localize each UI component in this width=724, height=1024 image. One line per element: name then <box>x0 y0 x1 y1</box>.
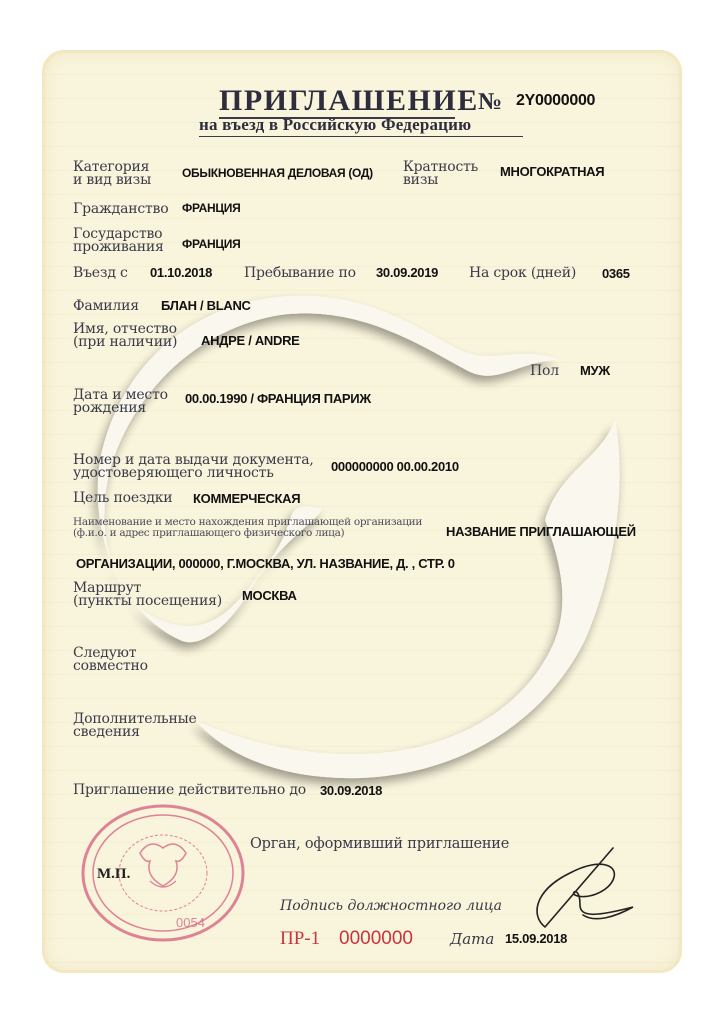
label-line: визы <box>403 174 478 187</box>
duration-value: 0365 <box>602 266 630 281</box>
label-line: совместно <box>73 660 148 673</box>
label-line: удостоверяющего личность <box>73 467 314 480</box>
visa-multiplicity-label: Кратность визы <box>403 161 478 187</box>
surname-label: Фамилия <box>73 300 139 313</box>
accompanying-label: Следуют совместно <box>73 647 148 673</box>
route-label: Маршрут (пункты посещения) <box>73 582 222 608</box>
birth-value: 00.00.1990 / ФРАНЦИЯ ПАРИЖ <box>185 391 371 406</box>
sex-value: МУЖ <box>580 363 610 378</box>
label-line: и вид визы <box>73 174 151 187</box>
signature-icon <box>525 845 640 930</box>
label-line: сведения <box>73 726 197 739</box>
sex-label: Пол <box>530 365 559 378</box>
signature-label: Подпись должностного лица <box>280 898 502 914</box>
visa-multiplicity-value: МНОГОКРАТНАЯ <box>500 164 604 179</box>
label-line: (ф.и.о. и адрес приглашающего физическог… <box>73 528 422 539</box>
form-serial: 0000000 <box>339 928 413 950</box>
inviting-org-label: Наименование и место нахождения приглаша… <box>73 517 422 539</box>
surname-value: БЛАН / BLANC <box>161 298 251 313</box>
document-title: ПРИГЛАШЕНИЕ <box>219 84 479 118</box>
number-sign: № <box>478 89 502 116</box>
label-line: (пункты посещения) <box>73 595 222 608</box>
label-line: проживания <box>73 241 164 254</box>
trip-purpose-value: КОММЕРЧЕСКАЯ <box>193 491 300 506</box>
duration-label: На срок (дней) <box>469 267 576 280</box>
given-name-value: АНДРЕ / ANDRE <box>201 333 300 348</box>
valid-until-label: Приглашение действительно до <box>73 784 306 797</box>
form-code: ПР-1 <box>280 928 320 950</box>
stamp-number: 0054 <box>176 915 205 930</box>
entry-from-label: Въезд с <box>73 267 128 280</box>
inviting-org-value-line2: ОРГАНИЗАЦИИ, 000000, Г.МОСКВА, УЛ. НАЗВА… <box>76 556 455 571</box>
valid-until-value: 30.09.2018 <box>320 783 382 798</box>
given-name-label: Имя, отчество (при наличии) <box>73 323 177 349</box>
birth-label: Дата и место рождения <box>73 389 168 415</box>
id-document-label: Номер и дата выдачи документа, удостовер… <box>73 454 314 480</box>
additional-info-label: Дополнительные сведения <box>73 713 197 739</box>
stay-until-label: Пребывание по <box>244 267 356 280</box>
date-label: Дата <box>450 930 494 948</box>
stay-until-value: 30.09.2019 <box>376 265 438 280</box>
citizenship-label: Гражданство <box>73 203 168 216</box>
entry-from-value: 01.10.2018 <box>150 265 212 280</box>
residence-label: Государство проживания <box>73 228 164 254</box>
visa-category-value: ОБЫКНОВЕННАЯ ДЕЛОВАЯ (ОД) <box>182 166 373 180</box>
issuing-authority-label: Орган, оформивший приглашение <box>250 838 509 851</box>
document-subtitle: на въезд в Российскую Федерацию <box>199 115 471 135</box>
id-document-value: 000000000 00.00.2010 <box>331 459 459 474</box>
stamp-place-label: М.П. <box>97 866 130 883</box>
visa-category-label: Категория и вид визы <box>73 161 151 187</box>
residence-value: ФРАНЦИЯ <box>182 237 240 251</box>
label-line: (при наличии) <box>73 336 177 349</box>
trip-purpose-label: Цель поездки <box>73 492 172 505</box>
date-value: 15.09.2018 <box>505 931 567 946</box>
citizenship-value: ФРАНЦИЯ <box>182 201 240 215</box>
invitation-number: 2Y0000000 <box>516 92 595 110</box>
subtitle-underline <box>199 136 523 137</box>
label-line: рождения <box>73 402 168 415</box>
inviting-org-value-line1: НАЗВАНИЕ ПРИГЛАШАЮЩЕЙ <box>446 524 636 539</box>
route-value: МОСКВА <box>242 588 297 603</box>
